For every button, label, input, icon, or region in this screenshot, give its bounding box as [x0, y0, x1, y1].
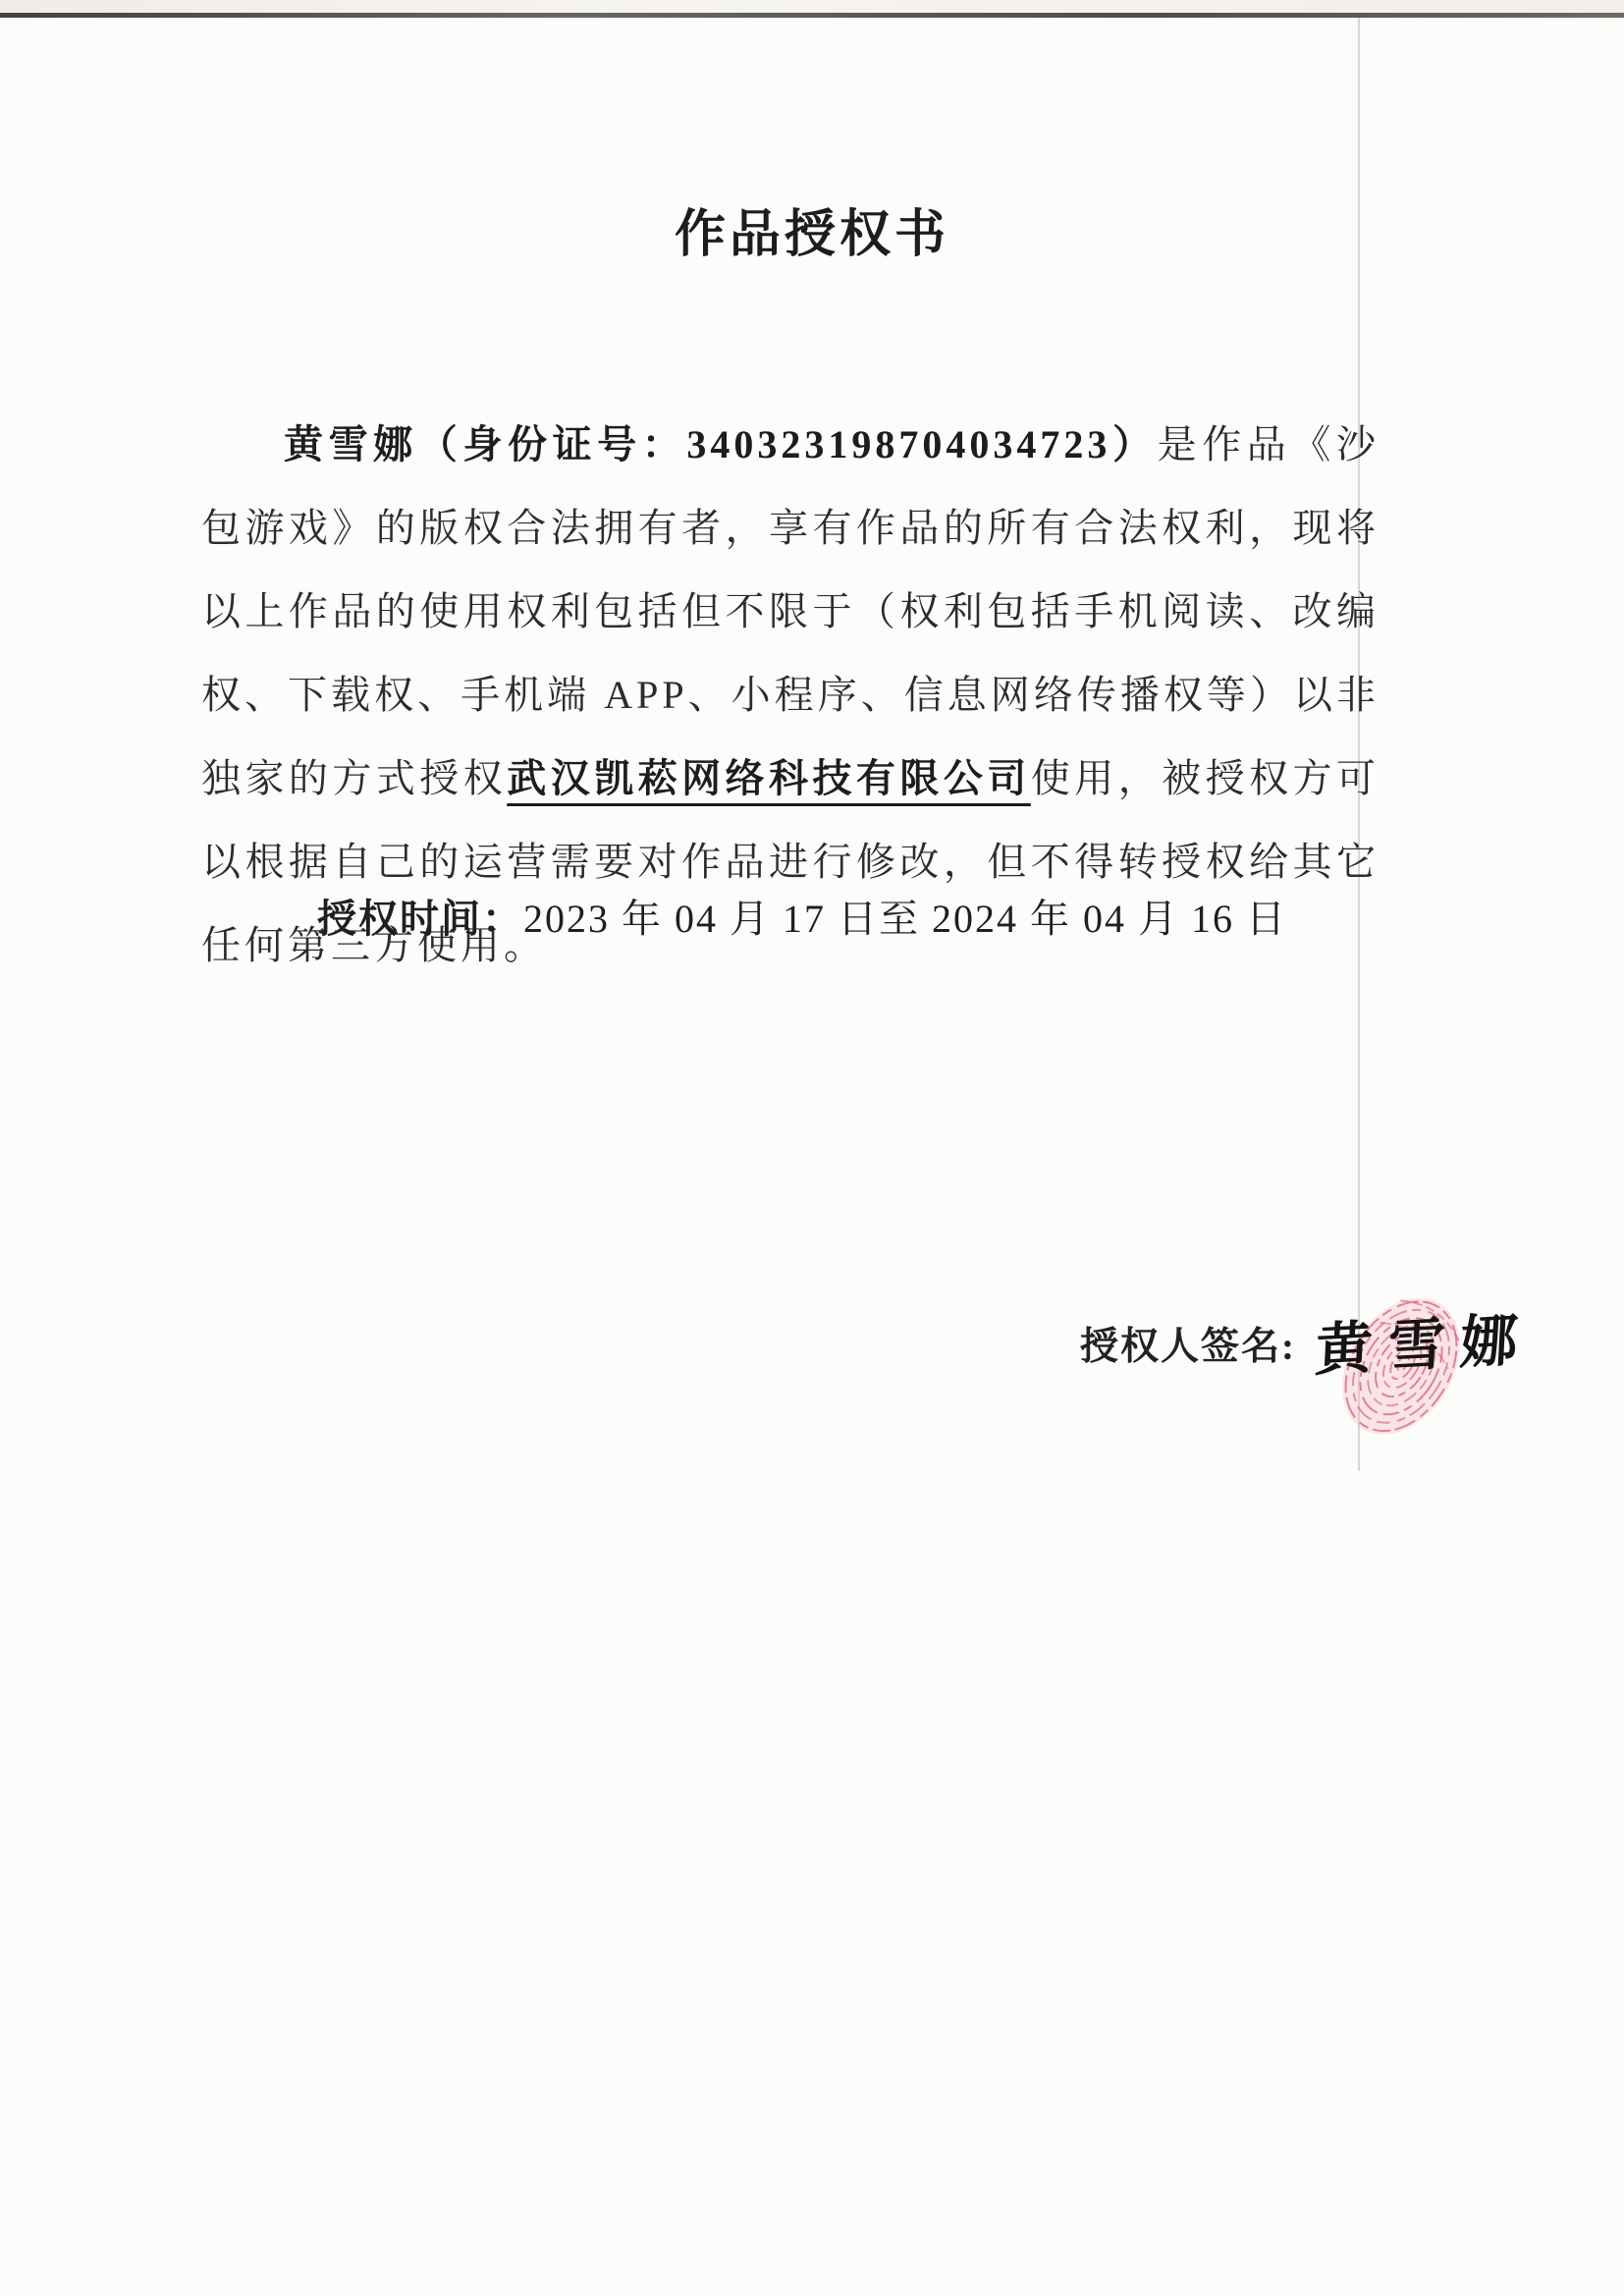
- handwritten-signature: 黄雪娜: [1314, 1292, 1536, 1387]
- authorization-period-value: 2023 年 04 月 17 日至 2024 年 04 月 16 日: [523, 897, 1287, 941]
- body-segment: 武汉凯菘网络科技有限公司: [507, 756, 1031, 800]
- scanned-document-page: 作品授权书 黄雪娜（身份证号：340323198704034723）是作品《沙包…: [0, 0, 1624, 2296]
- body-segment: 是作品《沙包游戏》的版权合法拥有者，享有作品的所有合法权利，现将以上作品的使用权…: [201, 422, 1380, 800]
- document-title: 作品授权书: [0, 204, 1624, 267]
- scan-edge-line: [0, 13, 1624, 18]
- scan-top-margin: [0, 0, 1624, 13]
- signer-signature-label: 授权人签名:: [1080, 1316, 1296, 1371]
- body-segment: 黄雪娜（身份证号：340323198704034723）: [284, 422, 1158, 466]
- authorization-period-line: 授权时间：2023 年 04 月 17 日至 2024 年 04 月 16 日: [201, 877, 1380, 960]
- authorization-period-label: 授权时间：: [317, 897, 523, 941]
